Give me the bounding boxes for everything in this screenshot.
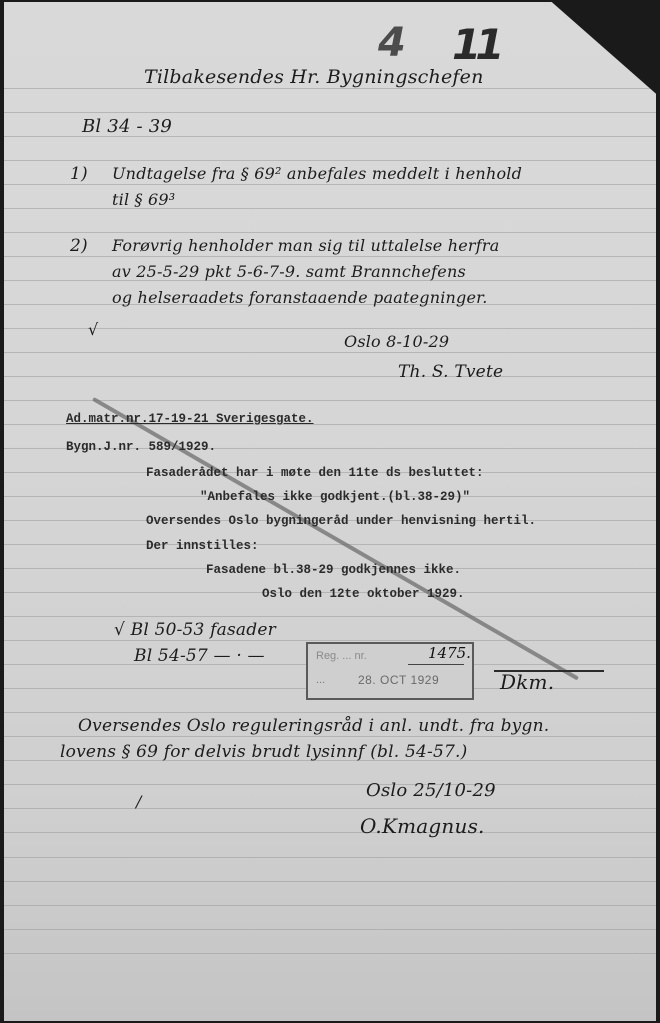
ruled-line (4, 256, 656, 257)
margin-note-1: √ Bl 50-53 fasader (114, 620, 276, 640)
top-mark-right: 11 (452, 20, 498, 69)
final-signature: O.Kmagnus. (360, 814, 485, 838)
ruled-line (4, 832, 656, 833)
ruled-line (4, 232, 656, 233)
sheet-reference: Bl 34 - 39 (82, 116, 172, 137)
ruled-line (4, 640, 656, 641)
margin-note-2: Bl 54-57 — · — (134, 646, 265, 666)
registration-stamp: Reg. ... nr. 1475. ... 28. OCT 1929 (306, 642, 474, 700)
ruled-line (4, 376, 656, 377)
typed-journal-number: Bygn.J.nr. 589/1929. (66, 440, 216, 454)
stamp-number-line (408, 664, 464, 665)
stamp-label-2: ... (316, 674, 325, 686)
final-place-date: Oslo 25/10-29 (366, 780, 496, 801)
ruled-line (4, 808, 656, 809)
item-2-line-3: og helseraadets foranstaaende paategning… (112, 288, 488, 307)
typed-line-6: Oslo den 12te oktober 1929. (262, 587, 465, 601)
ruled-line (4, 328, 656, 329)
item-1-line-1: Undtagelse fra § 69² anbefales meddelt i… (112, 164, 522, 183)
item-2-line-1: Forøvrig henholder man sig til uttalelse… (112, 236, 499, 255)
ruled-line (4, 857, 656, 858)
typed-subject: Ad.matr.nr.17-19-21 Sverigesgate. (66, 412, 314, 426)
first-signature: Th. S. Tvete (398, 362, 503, 382)
final-check-mark: / (136, 792, 142, 811)
ruled-line (4, 88, 656, 89)
typed-line-2: "Anbefales ikke godkjent.(bl.38-29)" (200, 490, 470, 504)
stamp-number: 1475. (428, 644, 471, 662)
ruled-line (4, 208, 656, 209)
ruled-line (4, 905, 656, 906)
ruled-line (4, 112, 656, 113)
first-place-date: Oslo 8-10-29 (344, 332, 449, 351)
typed-line-1: Fasaderådet har i møte den 11te ds beslu… (146, 466, 484, 480)
stamp-date: 28. OCT 1929 (358, 673, 439, 687)
typed-line-4: Der innstilles: (146, 539, 259, 553)
top-mark-left: 4 (378, 20, 406, 66)
ruled-line (4, 784, 656, 785)
scanned-document-page: 4 11 Tilbakesendes Hr. Bygningschefen Bl… (4, 2, 656, 1021)
ruled-line (4, 544, 656, 545)
ruled-line (4, 616, 656, 617)
ruled-line (4, 712, 656, 713)
stamp-signature: Dkm. (500, 670, 554, 694)
final-note-line-1: Oversendes Oslo reguleringsråd i anl. un… (78, 716, 549, 736)
ruled-line (4, 881, 656, 882)
ruled-line (4, 184, 656, 185)
item-2-line-2: av 25-5-29 pkt 5-6-7-9. samt Brannchefen… (112, 262, 466, 281)
check-mark-icon: √ (88, 320, 98, 339)
final-note-line-2: lovens § 69 for delvis brudt lysinnf (bl… (60, 742, 467, 762)
item-2-number: 2) (70, 236, 88, 256)
ruled-line (4, 736, 656, 737)
ruled-line (4, 953, 656, 954)
ruled-line (4, 352, 656, 353)
typed-line-3: Oversendes Oslo bygningeråd under henvis… (146, 514, 536, 528)
typed-line-5: Fasadene bl.38-29 godkjennes ikke. (206, 563, 461, 577)
ruled-line (4, 160, 656, 161)
ruled-line (4, 929, 656, 930)
stamp-label-1: Reg. ... nr. (316, 650, 367, 662)
item-1-number: 1) (70, 164, 88, 184)
header-note: Tilbakesendes Hr. Bygningschefen (144, 66, 484, 88)
item-1-line-2: til § 69³ (112, 190, 175, 209)
